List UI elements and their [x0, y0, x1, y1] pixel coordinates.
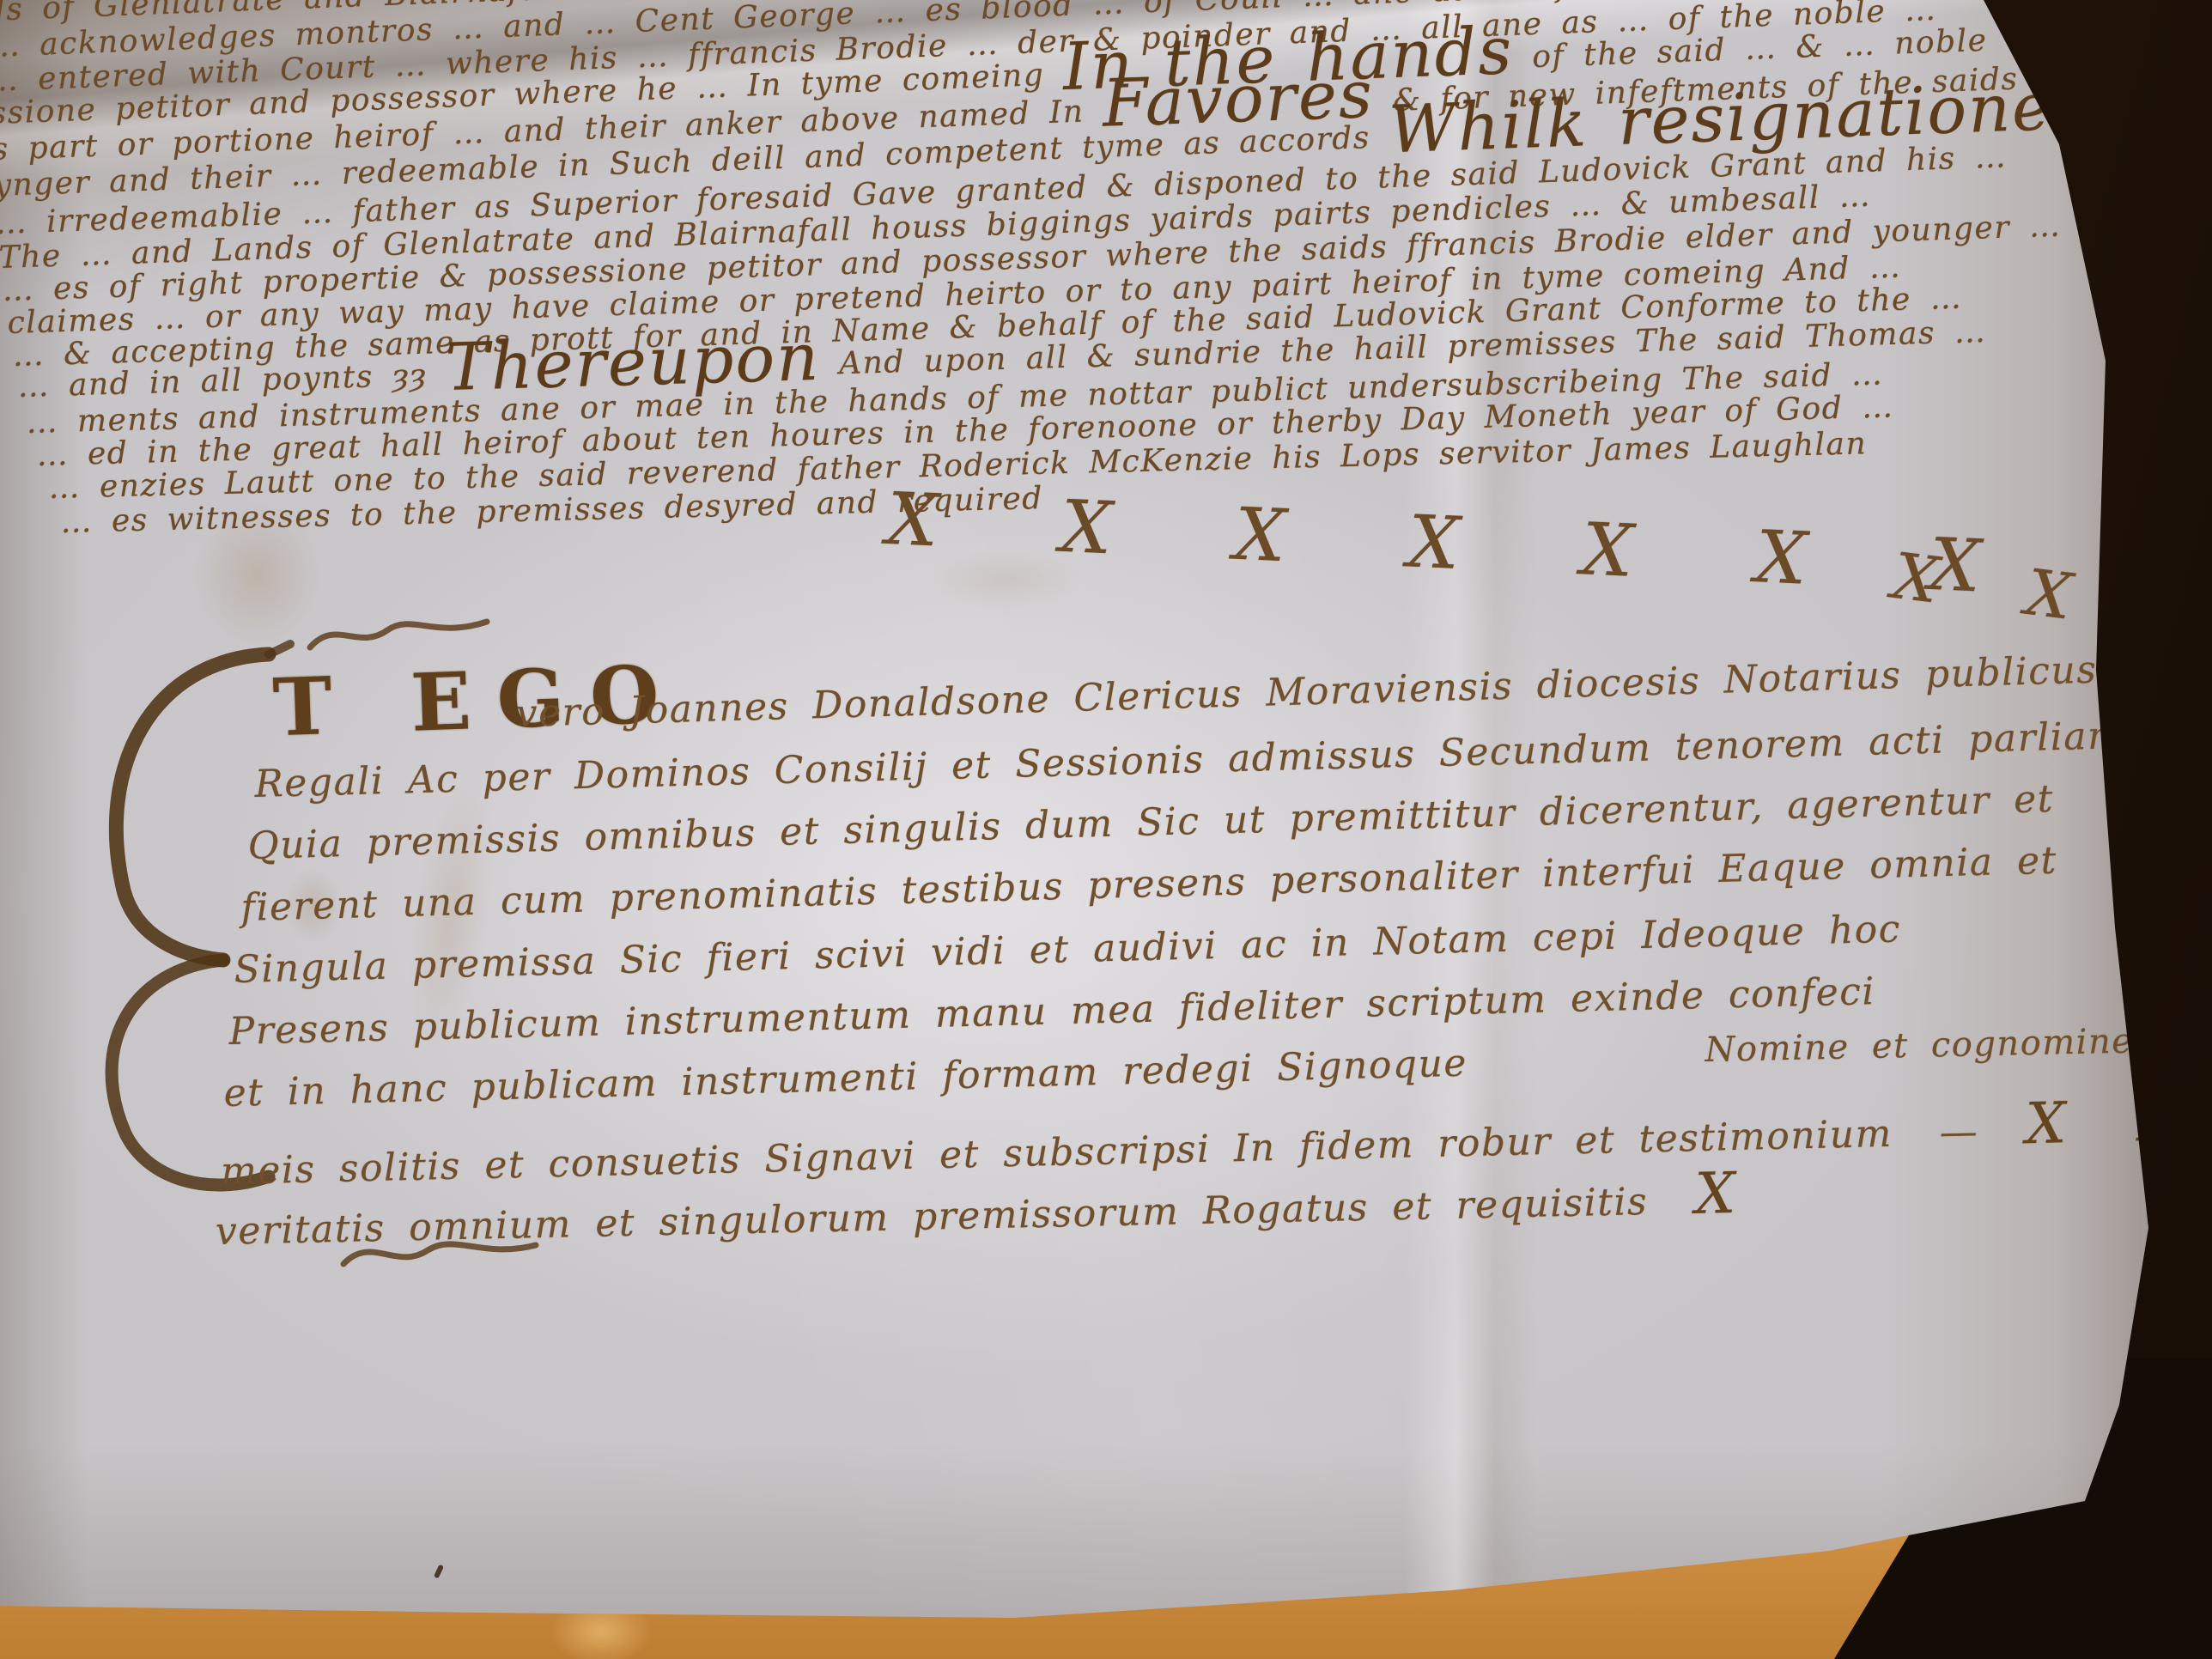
latin-inset-line: Nomine et cognomine [1705, 1022, 2134, 1070]
parchment-sheet: ds of Glenlatrate and Blairnafall With …… [0, 0, 2212, 1659]
flourish-icon [337, 1230, 543, 1281]
notarial-x-mark: X [1694, 1159, 1759, 1227]
notarial-x-marks-tail: X X [1889, 539, 2111, 639]
photo-of-parchment-document: ds of Glenlatrate and Blairnafall With …… [0, 0, 2212, 1659]
dirt-speck [434, 1564, 444, 1578]
manuscript-text: being … [2051, 91, 2212, 132]
notarial-x-marks: X XX [2025, 1085, 2212, 1157]
latin-line: et in hanc publicam instrumenti formam r… [223, 1042, 1468, 1115]
notarial-x-marks-row: X X X X X X X [885, 477, 2033, 611]
